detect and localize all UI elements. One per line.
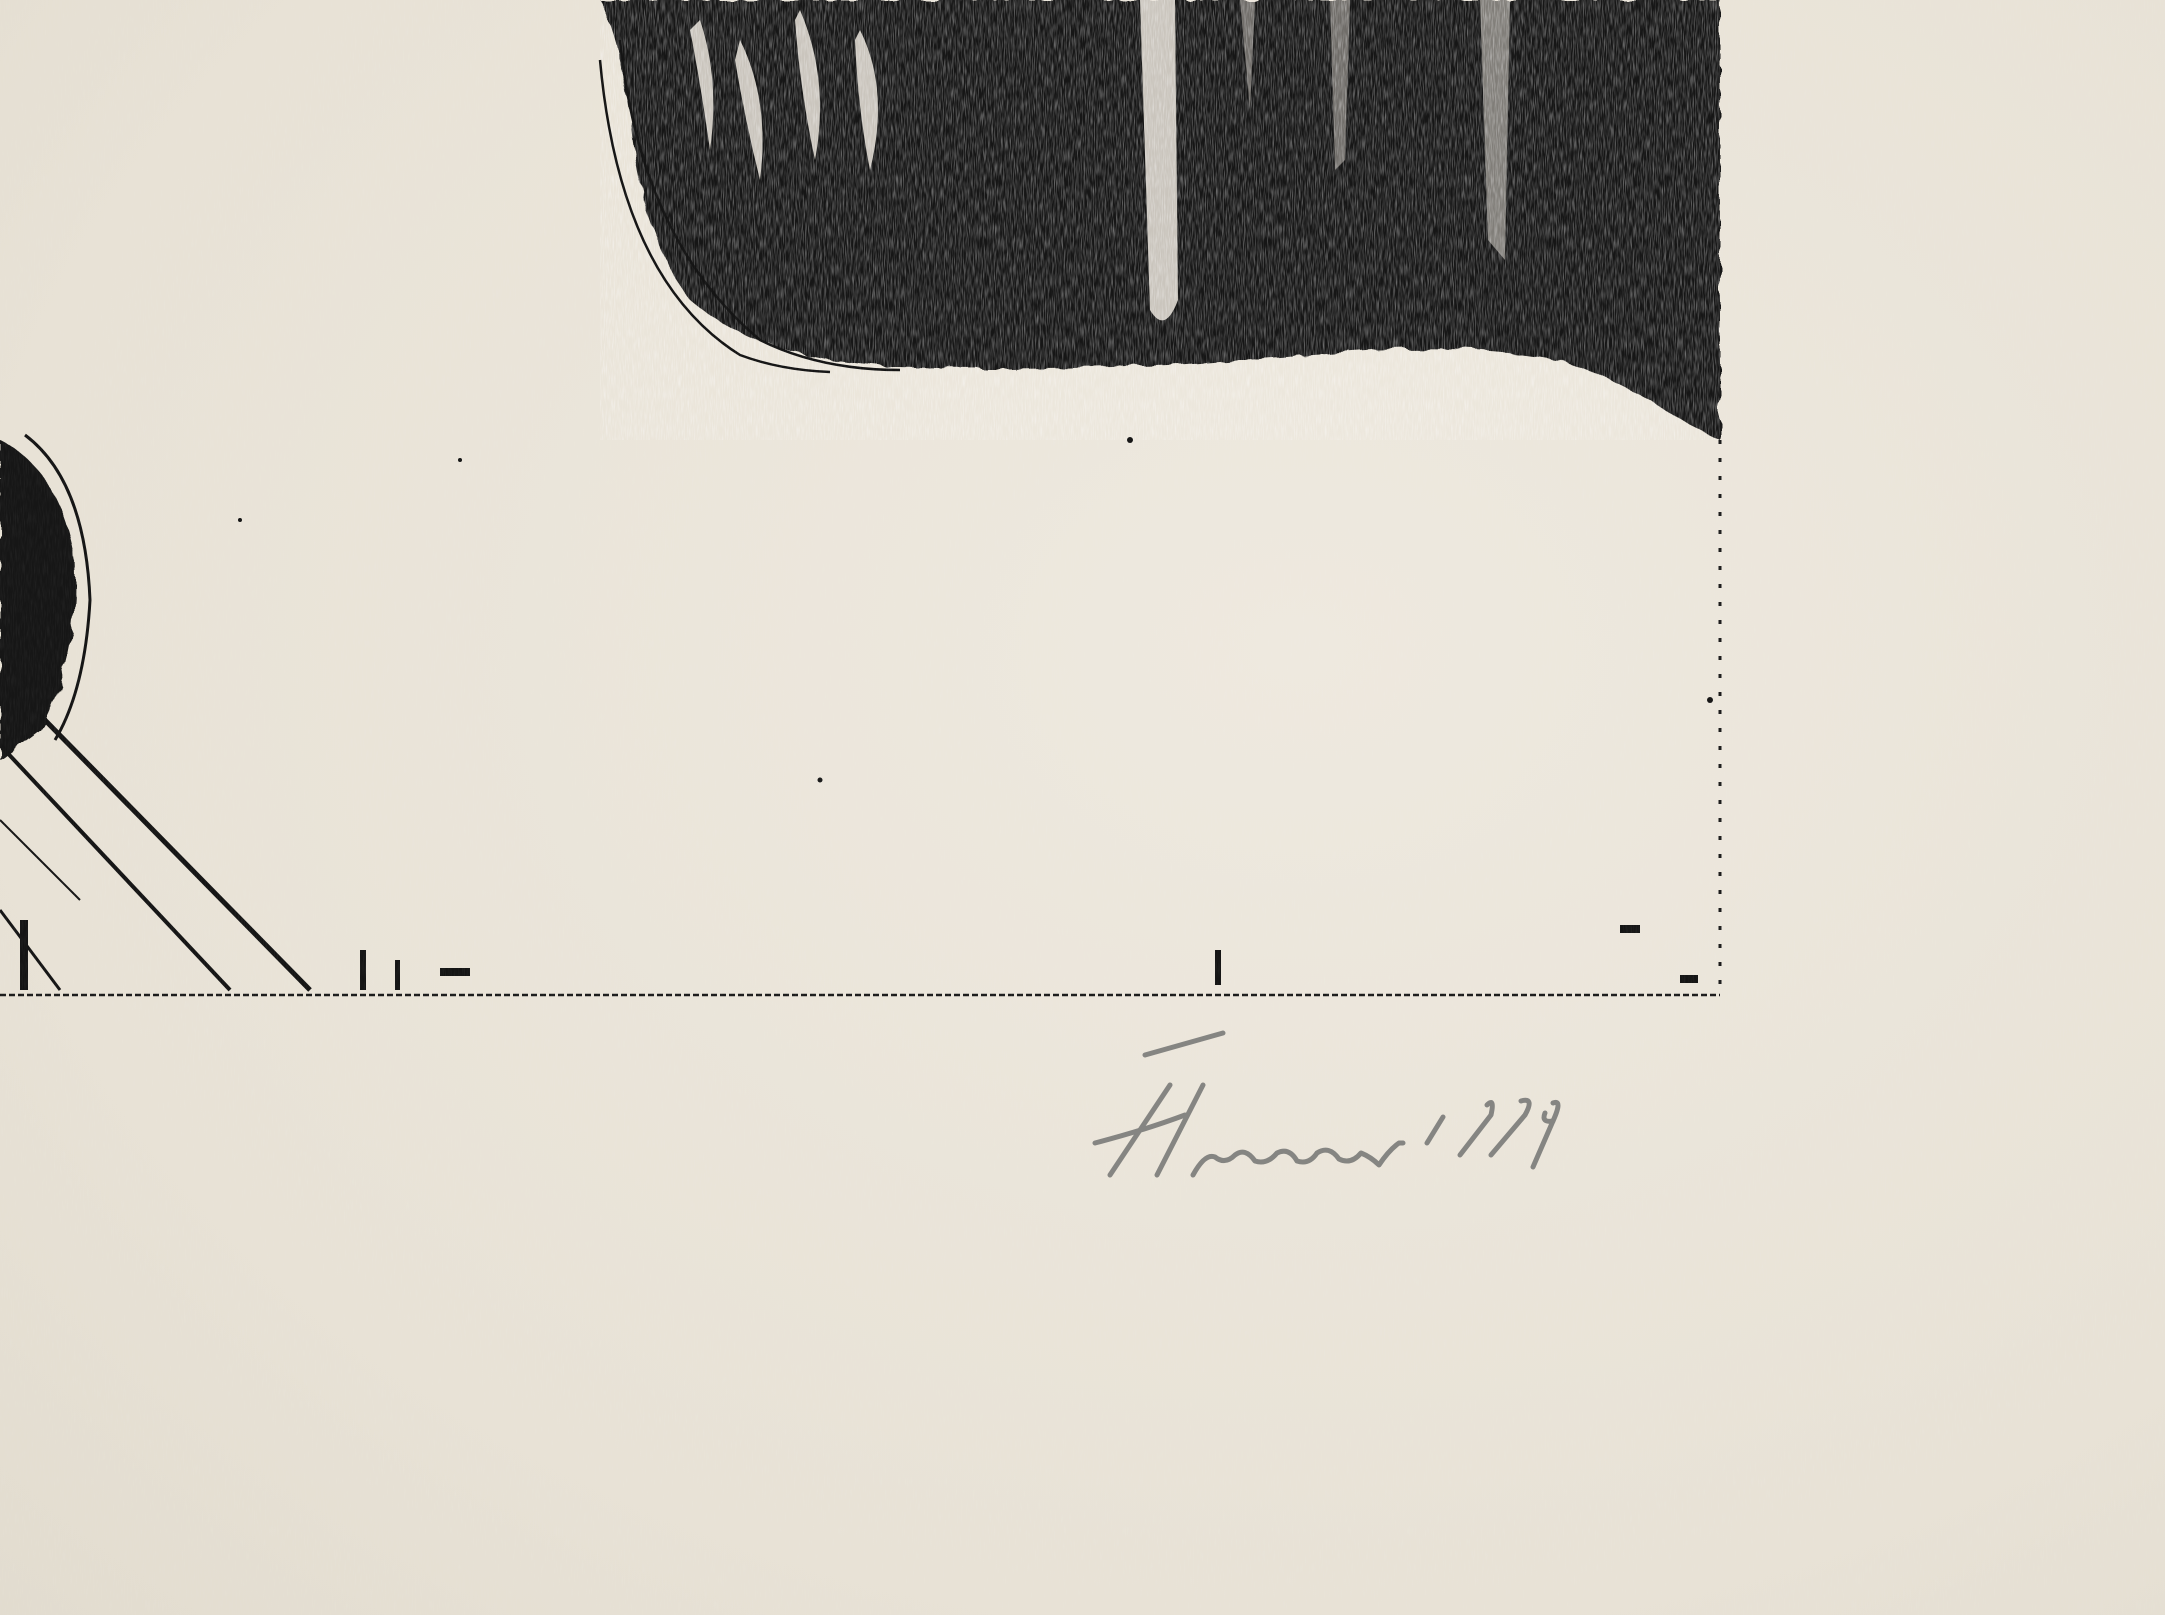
print-artwork xyxy=(0,0,2165,1615)
paper-sheet: Flamm 1979 xyxy=(0,0,2165,1615)
signature-strokes xyxy=(1055,1025,1775,1185)
pencil-signature: Flamm 1979 xyxy=(1055,1025,1775,1185)
paper-texture xyxy=(0,0,2165,1615)
